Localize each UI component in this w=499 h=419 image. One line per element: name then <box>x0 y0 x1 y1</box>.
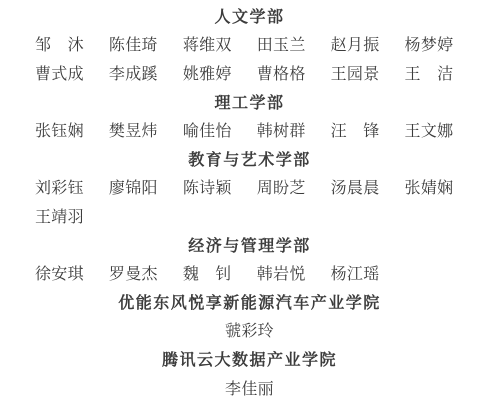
name-item: 张钰娴 <box>35 118 84 141</box>
section-header-line: 理工学部 <box>0 87 499 116</box>
name-line: 王靖羽 <box>0 201 499 230</box>
name-item: 姚雅婷 <box>183 61 232 84</box>
name-item: 李佳丽 <box>225 376 274 399</box>
name-line: 刘彩钰廖锦阳陈诗颖周盼芝汤晨晨张婧娴 <box>0 173 499 202</box>
name-item: 徐安琪 <box>35 261 84 284</box>
name-item: 王园景 <box>331 61 380 84</box>
section-header: 优能东风悦享新能源汽车产业学院 <box>118 290 381 313</box>
section-header: 腾讯云大数据产业学院 <box>162 347 337 370</box>
name-line: 曹式成李成蹊姚雅婷曹格格王园景王 洁 <box>0 58 499 87</box>
name-item: 魏 钊 <box>183 261 232 284</box>
name-item: 王靖羽 <box>35 204 84 227</box>
section-header: 教育与艺术学部 <box>188 147 311 170</box>
name-item: 罗曼杰 <box>109 261 158 284</box>
name-item: 韩岩悦 <box>257 261 306 284</box>
name-item: 曹格格 <box>257 61 306 84</box>
name-item: 樊昱炜 <box>109 118 158 141</box>
name-line: 徐安琪罗曼杰魏 钊韩岩悦杨江瑶 <box>0 258 499 287</box>
name-item: 韩树群 <box>257 118 306 141</box>
section-header-line: 经济与管理学部 <box>0 230 499 259</box>
name-line: 虢彩玲 <box>0 316 499 345</box>
name-item: 廖锦阳 <box>109 175 158 198</box>
name-item: 汪 锋 <box>331 118 380 141</box>
document-page: 人文学部邹 沐陈佳琦蒋维双田玉兰赵月振杨梦婷曹式成李成蹊姚雅婷曹格格王园景王 洁… <box>0 0 499 419</box>
name-item: 王 洁 <box>405 61 454 84</box>
section-header-line: 优能东风悦享新能源汽车产业学院 <box>0 287 499 316</box>
section-header-line: 腾讯云大数据产业学院 <box>0 344 499 373</box>
name-line: 李佳丽 <box>0 373 499 402</box>
name-item: 虢彩玲 <box>225 318 274 341</box>
name-item: 王文娜 <box>405 118 454 141</box>
name-item: 李成蹊 <box>109 61 158 84</box>
name-item: 杨江瑶 <box>331 261 380 284</box>
section-header: 经济与管理学部 <box>188 233 311 256</box>
name-line: 邹 沐陈佳琦蒋维双田玉兰赵月振杨梦婷 <box>0 30 499 59</box>
name-item: 喻佳怡 <box>183 118 232 141</box>
section-header: 人文学部 <box>214 4 284 27</box>
name-item: 杨梦婷 <box>405 32 454 55</box>
name-item: 汤晨晨 <box>331 175 380 198</box>
name-line: 张钰娴樊昱炜喻佳怡韩树群汪 锋王文娜 <box>0 115 499 144</box>
name-item: 曹式成 <box>35 61 84 84</box>
name-item: 周盼芝 <box>257 175 306 198</box>
name-item: 田玉兰 <box>257 32 306 55</box>
name-item: 陈诗颖 <box>183 175 232 198</box>
name-item: 陈佳琦 <box>109 32 158 55</box>
section-header: 理工学部 <box>214 90 284 113</box>
name-item: 邹 沐 <box>35 32 84 55</box>
name-item: 蒋维双 <box>183 32 232 55</box>
section-header-line: 教育与艺术学部 <box>0 144 499 173</box>
section-header-line: 人文学部 <box>0 1 499 30</box>
name-item: 张婧娴 <box>405 175 454 198</box>
name-item: 刘彩钰 <box>35 175 84 198</box>
name-item: 赵月振 <box>331 32 380 55</box>
